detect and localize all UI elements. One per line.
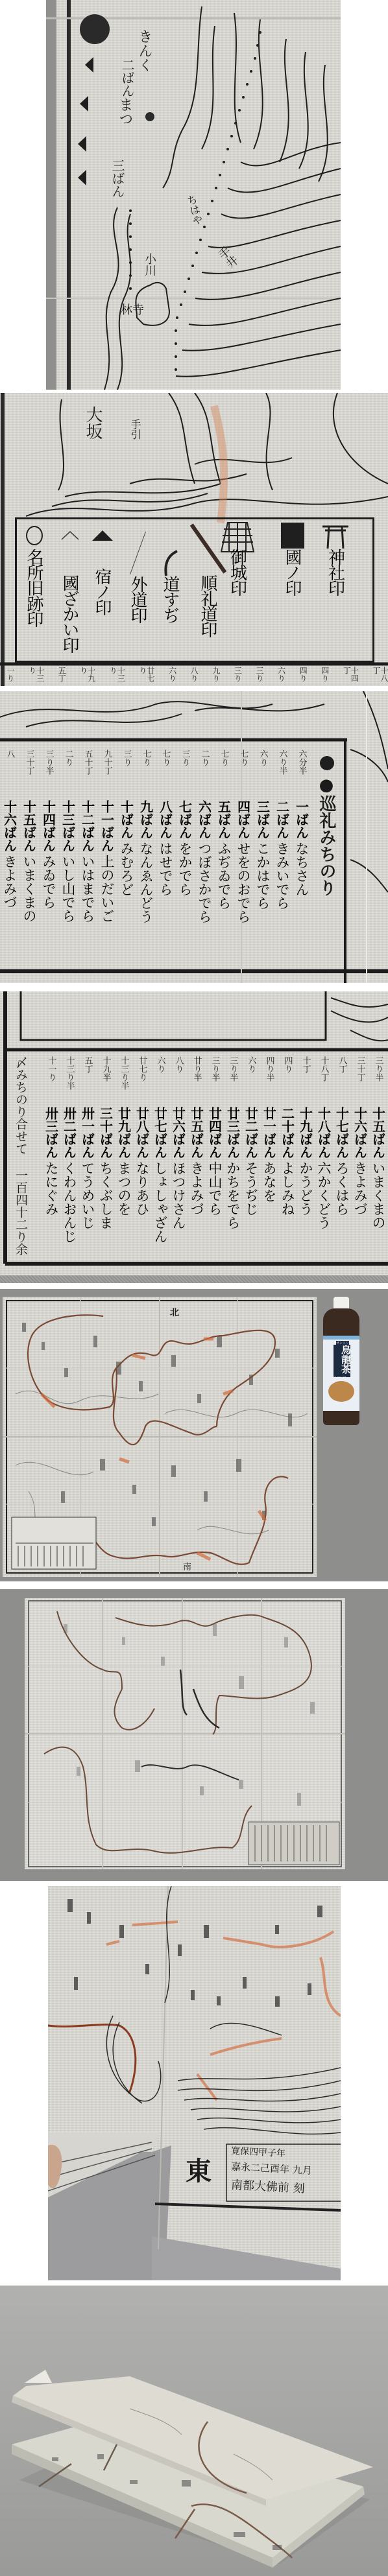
- compass-south: 南: [183, 1560, 191, 1572]
- tea-glass-image: [328, 1381, 354, 1402]
- bottle-product-text: 烏龍茶: [333, 1345, 350, 1377]
- route-column: 七り九ばんなんゑんどう: [138, 750, 154, 923]
- reverse-map-sheet: [25, 1598, 345, 1869]
- distance-cell: 五丁: [58, 667, 66, 686]
- thick-line-icon: [206, 523, 210, 574]
- distance-cell: 一り: [6, 667, 14, 686]
- route-column: 四り二十ばんよしみね: [279, 1056, 296, 1216]
- route-column: 八丁十七ばんろくはら: [333, 1056, 350, 1216]
- route-columns: 三り半十五ばんいまくまの 三十丁十六ばんきよみづ 八丁十七ばんろくはら 十八丁十…: [12, 1056, 388, 1260]
- route-column: 六り半二ばんきみいでら: [274, 750, 291, 910]
- legend-item-pilgrim-road: 順礼道印: [196, 523, 220, 637]
- full-map-linework: [3, 1297, 317, 1577]
- reverse-map-linework: [25, 1598, 345, 1869]
- legend-item-side-road: 外道印: [126, 530, 150, 622]
- map-label-matsu: まつ: [117, 97, 132, 126]
- legend-label: 宿ノ印: [90, 568, 114, 615]
- curve-line-icon: [161, 550, 180, 576]
- map-label-kinku: きんく: [137, 29, 151, 72]
- route-column: 六り三ばんこかはでら: [254, 750, 271, 910]
- route-title-mark: [320, 756, 334, 770]
- photo-map-reverse: [0, 1589, 388, 1881]
- black-square-icon: [281, 523, 304, 549]
- route-column: 七り五ばんふぢゐでら: [215, 750, 232, 910]
- route-total: 〆みちのり合せて 一百四十二り余: [14, 1056, 27, 1260]
- route-column: 五丁卅一ばんてうめいじ: [79, 1056, 96, 1229]
- legend-label: 道すぢ: [158, 576, 182, 622]
- route-column: 二り六ばんつぼさかでら: [196, 750, 213, 923]
- thin-line-icon: [138, 530, 138, 576]
- folded-booklet-drawing: [0, 2286, 388, 2576]
- map-label-niban: 二ばん: [121, 58, 134, 97]
- photo-folded-booklet: [0, 2286, 388, 2576]
- map-label-osaka: 大坂: [84, 406, 101, 440]
- legend-label: 神社印: [324, 549, 348, 595]
- legend-item-castle: 御城印: [215, 523, 260, 595]
- route-column: 三り半十五ばんいまくまの: [370, 1056, 387, 1229]
- circle-icon: [26, 523, 43, 549]
- torii-icon: [321, 523, 350, 549]
- route-column: 十三り半廿九ばんまつのを: [115, 1056, 132, 1216]
- legend-label: 名所旧跡印: [22, 549, 46, 626]
- legend-item-inn: 宿ノ印: [90, 523, 114, 615]
- distance-cell: 十三り: [109, 667, 125, 686]
- open-caret-icon: [60, 523, 80, 549]
- colophon-linework: [48, 1886, 341, 2280]
- full-map-sheet: 北 南: [3, 1297, 317, 1577]
- route-column: 六り廿二ばんそうぢじ: [243, 1056, 260, 1216]
- legend-item-province: 國ノ印: [280, 523, 304, 595]
- route-column: 九十丁十一ばん上のだいご: [99, 750, 115, 923]
- distance-cell: 廿七り: [139, 667, 154, 686]
- map-label-rinji: 林寺: [121, 305, 144, 316]
- map-label-sanban: 三ばん: [111, 159, 124, 198]
- legend-item-shrine: 神社印: [321, 523, 350, 595]
- route-column: 七り八ばんはせでら: [157, 750, 174, 896]
- distance-cell: 四り: [299, 667, 307, 686]
- distance-cell: 三り: [234, 667, 241, 686]
- route-column: 八十六ばんきよみづ: [1, 750, 18, 909]
- bottle-label: サントリー 烏龍茶 OOLONG TEA: [323, 1336, 359, 1411]
- photo-route-list-part2: 三り半十五ばんいまくまの 三十丁十六ばんきよみづ 八丁十七ばんろくはら 十八丁十…: [0, 991, 388, 1283]
- route-list-title: ●巡礼みちのり: [318, 775, 335, 896]
- textile-background: [0, 1275, 388, 1283]
- route-column: 廿七り廿八ばんなりあひ: [134, 1056, 151, 1216]
- distance-cell: 十三り: [29, 667, 44, 686]
- route-column: 八り廿六ばんほつけさん: [170, 1056, 187, 1229]
- castle-icon: [215, 523, 260, 549]
- route-column: 五十丁十二ばんいはまでら: [79, 750, 96, 923]
- route-column: 六分半一ばんなちさん: [293, 750, 310, 896]
- distance-cell: 六り: [278, 667, 285, 686]
- map-label-ogawa: 小川: [143, 253, 155, 276]
- route-column: 三十丁十六ばんきよみづ: [352, 1056, 369, 1216]
- legend-item-border: 國ざかい印: [58, 523, 82, 652]
- colophon-lines: 寛保四甲子年 嘉永二己酉年 九月 南都大佛前 刻: [231, 2147, 341, 2195]
- colophon-line: 南都大佛前 刻: [230, 2176, 341, 2199]
- route-column: 三り半廿四ばん中山でら: [206, 1056, 223, 1216]
- route-column: 十八丁十八ばん六かくどう: [315, 1056, 332, 1229]
- map-label-tebiki: 手引: [130, 419, 140, 440]
- photo-map-legend: 神社印 國ノ印 御城印 順礼道印 道すぢ: [0, 393, 388, 686]
- route-column: 三り七ばんをかでら: [176, 750, 193, 896]
- photo-map-corner-closeup: きんく 二ばん まつ 三ばん ちはや 小川 林寺 手井: [46, 0, 341, 390]
- photo-full-map-with-bottle: 北 南 サントリー 烏龍茶 OOLONG TEA: [0, 1289, 388, 1581]
- legend-item-road: 道すぢ: [158, 550, 182, 622]
- bottle-cap: [333, 1297, 349, 1310]
- filled-triangle-icon: [91, 523, 114, 549]
- route-column: 廿り半廿五ばんきよみづ: [188, 1056, 205, 1216]
- bottle-sub-text: OOLONG TEA: [332, 1376, 346, 1378]
- legend-label: 御城印: [226, 549, 250, 595]
- distance-strip: 十八丁 十四丁 四り 四り 六り 三り 三り 九り 八り 六り 廿七り 十三り …: [6, 667, 388, 686]
- distance-cell: 十四丁: [343, 667, 358, 686]
- route-column: 三り半十四ばんみゐでら: [40, 750, 57, 909]
- route-column: 四り半廿一ばんあなを: [261, 1056, 278, 1202]
- distance-cell: 四り: [321, 667, 329, 686]
- route-column: 六り廿七ばんしょしゃざん: [152, 1056, 169, 1243]
- photo-colophon-detail: 東 寛保四甲子年 嘉永二己酉年 九月 南都大佛前 刻: [48, 1886, 341, 2280]
- legend-item-famous-place: 名所旧跡印: [22, 523, 46, 626]
- distance-cell: 六り: [169, 667, 176, 686]
- oolong-tea-bottle: サントリー 烏龍茶 OOLONG TEA: [323, 1297, 359, 1425]
- distance-cell: 三り: [256, 667, 263, 686]
- photo-route-list-part1: ●巡礼みちのり 六分半一ばんなちさん 六り半二ばんきみいでら 六り三ばんこかはで…: [0, 691, 388, 983]
- direction-east: 東: [186, 2151, 212, 2188]
- route-columns: 六分半一ばんなちさん 六り半二ばんきみいでら 六り三ばんこかはでら 七り四ばんせ…: [0, 750, 315, 970]
- route-column: 二り十三ばんいし山でら: [60, 750, 77, 923]
- distance-cell: 九り: [212, 667, 220, 686]
- legend-label: 國ざかい印: [58, 574, 82, 652]
- legend-label: 外道印: [126, 576, 150, 622]
- route-column: 十九半三十ばんちくぶしま: [97, 1056, 114, 1229]
- compass-north: 北: [170, 1306, 179, 1319]
- route-column: 三十丁十五ばんいまくまの: [21, 750, 38, 923]
- distance-cell: 八り: [190, 667, 198, 686]
- legend-label: 國ノ印: [280, 549, 304, 595]
- route-column: 十三り半卅二ばんくわんおんじ: [61, 1056, 78, 1243]
- route-column: 十丁十九ばんかうどう: [297, 1056, 314, 1216]
- legend-items: 神社印 國ノ印 御城印 順礼道印 道すぢ: [15, 517, 370, 659]
- route-column: 十一り卅三ばんたにぐみ: [43, 1056, 60, 1216]
- route-column: 七り四ばんせをのおでら: [235, 750, 252, 923]
- distance-cell: 十九り: [80, 667, 95, 686]
- route-column: 三り半廿三ばんかちをでら: [224, 1056, 241, 1229]
- legend-label: 順礼道印: [196, 574, 220, 637]
- distance-cell: 十八丁: [372, 667, 388, 686]
- route-column: 三り十ばんみむろど: [118, 750, 135, 896]
